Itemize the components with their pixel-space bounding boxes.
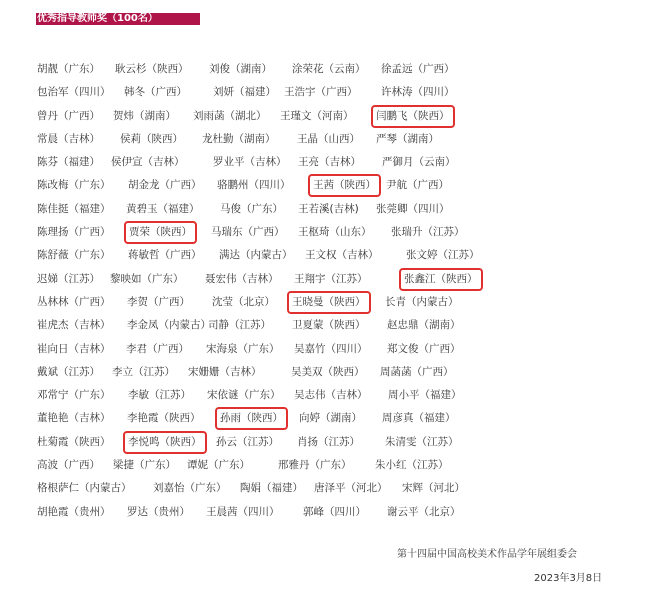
name-entry: 杜菊霞（陕西）: [35, 434, 113, 451]
name-entry: 耿云杉（陕西）: [113, 61, 191, 78]
name-entry: 李敏（江苏）: [126, 387, 193, 404]
name-entry: 张莞卿（四川）: [374, 201, 452, 218]
section-title: 优秀指导教师奖（100名）: [36, 13, 200, 25]
name-entry: 格根萨仁（内蒙古）: [35, 480, 134, 497]
name-row: 曾丹（广西）贺炜（湖南）刘雨菡（湖北）王瑾文（河南）闫鹏飞（陕西）: [37, 108, 507, 131]
name-entry: 郑文俊（广西）: [385, 341, 463, 358]
name-entry: 韩冬（广西）: [122, 84, 189, 101]
name-entry: 王若溪(吉林): [296, 201, 361, 218]
name-row: 高波（广西）梁捷（广东）谭妮（广东）邢雅丹（广东）朱小红（江苏）: [37, 457, 507, 480]
name-entry: 高波（广西）: [35, 457, 102, 474]
name-entry: 马瑞东（广西）: [209, 224, 287, 241]
name-entry: 宋海泉（广东）: [204, 341, 282, 358]
name-entry: 陈改梅（广东）: [35, 177, 113, 194]
name-entry: 李君（广西）: [124, 341, 191, 358]
name-entry: 聂宏伟（吉林）: [203, 271, 281, 288]
name-entry: 董艳艳（吉林）: [35, 410, 113, 427]
name-entry: 贺炜（湖南）: [111, 108, 178, 125]
name-entry: 司静（江苏）: [206, 317, 273, 334]
name-row: 陈改梅（广东）胡金龙（广西）骆鹏州（四川）王茜（陕西）尹航（广西）: [37, 177, 507, 200]
organizer-signature: 第十四届中国高校美术作品学年展组委会: [397, 545, 577, 560]
name-entry: 黎映如（广东）: [108, 271, 186, 288]
name-entry: 王文权（吉林）: [303, 247, 381, 264]
name-entry: 曾丹（广西）: [35, 108, 102, 125]
name-entry: 王瑾文（河南）: [278, 108, 356, 125]
name-entry: 迟娣（江苏）: [35, 271, 102, 288]
name-entry: 陈理扬（广西）: [35, 224, 113, 241]
name-entry: 谭妮（广东）: [185, 457, 252, 474]
name-entry: 陈舒薇（广东）: [35, 247, 113, 264]
name-row: 陈佳挺（福建）黄碧玉（福建）马俊（广东）王若溪(吉林)张莞卿（四川）: [37, 201, 507, 224]
name-entry: 戴斌（江苏）: [35, 364, 102, 381]
name-entry: 李金凤（内蒙古）: [125, 317, 213, 334]
name-row: 常晨（吉林）侯莉（陕西）龙杜勤（湖南）王晶（山西）严琴（湖南）: [37, 131, 507, 154]
name-entry: 刘嘉怡（广东）: [151, 480, 229, 497]
highlighted-name-entry: 贾荣（陕西）: [127, 224, 194, 241]
name-entry: 严御月（云南）: [380, 154, 458, 171]
name-row: 董艳艳（吉林）李艳霞（陕西）孙雨（陕西）向婷（湖南）周彦真（福建）: [37, 410, 507, 433]
name-entry: 王晨茜（四川）: [204, 504, 282, 521]
name-row: 陈理扬（广西）贾荣（陕西）马瑞东（广西）王枢琦（山东）张瑞升（江苏）: [37, 224, 507, 247]
name-entry: 朱清雯（江苏）: [383, 434, 461, 451]
name-entry: 常晨（吉林）: [35, 131, 102, 148]
name-entry: 涂荣花（云南）: [290, 61, 368, 78]
name-entry: 朱小红（江苏）: [373, 457, 451, 474]
name-entry: 王翔宇（江苏）: [292, 271, 370, 288]
name-entry: 罗达（贵州）: [125, 504, 192, 521]
name-entry: 唐泽平（河北）: [312, 480, 390, 497]
name-row: 胡靓（广东）耿云杉（陕西）刘俊（湖南）涂荣花（云南）徐孟远（广西）: [37, 61, 507, 84]
name-row: 包治军（四川）韩冬（广西）刘妍（福建）王浩宇（广西）许林涛（四川）: [37, 84, 507, 107]
name-entry: 胡艳霞（贵州）: [35, 504, 113, 521]
highlighted-name-entry: 王晓曼（陕西）: [290, 294, 368, 311]
name-row: 陈芬（福建）侯伊宣（吉林）罗业平（吉林）王亮（吉林）严御月（云南）: [37, 154, 507, 177]
name-entry: 崔向日（吉林）: [35, 341, 113, 358]
name-row: 丛林林（广西）李贺（广西）沈莹（北京）王晓曼（陕西）长青（内蒙古）: [37, 294, 507, 317]
name-entry: 罗业平（吉林）: [211, 154, 289, 171]
name-entry: 周菡菡（广西）: [378, 364, 456, 381]
name-entry: 沈莹（北京）: [210, 294, 277, 311]
award-name-list: 胡靓（广东）耿云杉（陕西）刘俊（湖南）涂荣花（云南）徐孟远（广西）包治军（四川）…: [37, 61, 507, 527]
name-entry: 胡靓（广东）: [35, 61, 102, 78]
name-entry: 周小平（福建）: [386, 387, 464, 404]
name-entry: 龙杜勤（湖南）: [200, 131, 278, 148]
name-entry: 谢云平（北京）: [385, 504, 463, 521]
name-row: 崔虎杰（吉林）李金凤（内蒙古）司静（江苏）卫夏蒙（陕西）赵忠鼎（湖南）: [37, 317, 507, 340]
issue-date: 2023年3月8日: [534, 569, 602, 584]
highlighted-name-entry: 李悦鸣（陕西）: [126, 434, 204, 451]
name-entry: 卫夏蒙（陕西）: [290, 317, 368, 334]
name-entry: 邢雅丹（广东）: [276, 457, 354, 474]
name-entry: 王枢琦（山东）: [296, 224, 374, 241]
name-row: 迟娣（江苏）黎映如（广东）聂宏伟（吉林）王翔宇（江苏）张鑫江（陕西）: [37, 271, 507, 294]
name-entry: 吴美双（陕西）: [289, 364, 367, 381]
name-entry: 包治军（四川）: [35, 84, 113, 101]
name-entry: 蒋敏哲（广西）: [126, 247, 204, 264]
name-entry: 侯莉（陕西）: [118, 131, 185, 148]
name-entry: 长青（内蒙古）: [383, 294, 461, 311]
name-entry: 丛林林（广西）: [35, 294, 113, 311]
name-entry: 崔虎杰（吉林）: [35, 317, 113, 334]
name-entry: 尹航（广西）: [384, 177, 451, 194]
name-entry: 李立（江苏）: [110, 364, 177, 381]
name-entry: 严琴（湖南）: [374, 131, 441, 148]
name-entry: 向婷（湖南）: [297, 410, 364, 427]
name-row: 格根萨仁（内蒙古）刘嘉怡（广东）陶娟（福建）唐泽平（河北）宋辉（河北）: [37, 480, 507, 503]
name-entry: 吴嘉竹（四川）: [292, 341, 370, 358]
name-entry: 徐孟远（广西）: [379, 61, 457, 78]
name-entry: 邓常宁（广东）: [35, 387, 113, 404]
name-entry: 李艳霞（陕西）: [125, 410, 203, 427]
name-entry: 刘俊（湖南）: [207, 61, 274, 78]
name-entry: 侯伊宣（吉林）: [109, 154, 187, 171]
name-entry: 赵忠鼎（湖南）: [385, 317, 463, 334]
highlighted-name-entry: 张鑫江（陕西）: [402, 271, 480, 288]
name-entry: 满达（内蒙古）: [217, 247, 295, 264]
name-entry: 陈佳挺（福建）: [35, 201, 113, 218]
name-entry: 郭峰（四川）: [301, 504, 368, 521]
name-row: 崔向日（吉林）李君（广西）宋海泉（广东）吴嘉竹（四川）郑文俊（广西）: [37, 341, 507, 364]
name-entry: 胡金龙（广西）: [126, 177, 204, 194]
name-entry: 刘妍（福建）: [211, 84, 278, 101]
name-row: 杜菊霞（陕西）李悦鸣（陕西）孙云（江苏）肖扬（江苏）朱清雯（江苏）: [37, 434, 507, 457]
name-entry: 王浩宇（广西）: [282, 84, 360, 101]
name-entry: 宋依谜（广东）: [205, 387, 283, 404]
name-row: 胡艳霞（贵州）罗达（贵州）王晨茜（四川）郭峰（四川）谢云平（北京）: [37, 504, 507, 527]
name-entry: 宋辉（河北）: [400, 480, 467, 497]
name-entry: 王晶（山西）: [295, 131, 362, 148]
name-entry: 陈芬（福建）: [35, 154, 102, 171]
name-entry: 宋姗姗（吉林）: [186, 364, 264, 381]
name-entry: 周彦真（福建）: [380, 410, 458, 427]
name-entry: 许林涛（四川）: [379, 84, 457, 101]
name-entry: 张文婷（江苏）: [404, 247, 482, 264]
name-entry: 孙云（江苏）: [214, 434, 281, 451]
name-entry: 黄碧玉（福建）: [124, 201, 202, 218]
name-entry: 梁捷（广东）: [111, 457, 178, 474]
name-entry: 张瑞升（江苏）: [389, 224, 467, 241]
name-entry: 吴志伟（吉林）: [292, 387, 370, 404]
highlighted-name-entry: 闫鹏飞（陕西）: [374, 108, 452, 125]
name-entry: 刘雨菡（湖北）: [191, 108, 269, 125]
name-row: 戴斌（江苏）李立（江苏）宋姗姗（吉林）吴美双（陕西）周菡菡（广西）: [37, 364, 507, 387]
name-entry: 马俊（广东）: [218, 201, 285, 218]
highlighted-name-entry: 王茜（陕西）: [311, 177, 378, 194]
name-row: 陈舒薇（广东）蒋敏哲（广西）满达（内蒙古）王文权（吉林）张文婷（江苏）: [37, 247, 507, 270]
name-entry: 王亮（吉林）: [296, 154, 363, 171]
name-entry: 陶娟（福建）: [238, 480, 305, 497]
highlighted-name-entry: 孙雨（陕西）: [218, 410, 285, 427]
name-entry: 肖扬（江苏）: [295, 434, 362, 451]
name-entry: 李贺（广西）: [125, 294, 192, 311]
name-entry: 骆鹏州（四川）: [215, 177, 293, 194]
name-row: 邓常宁（广东）李敏（江苏）宋依谜（广东）吴志伟（吉林）周小平（福建）: [37, 387, 507, 410]
